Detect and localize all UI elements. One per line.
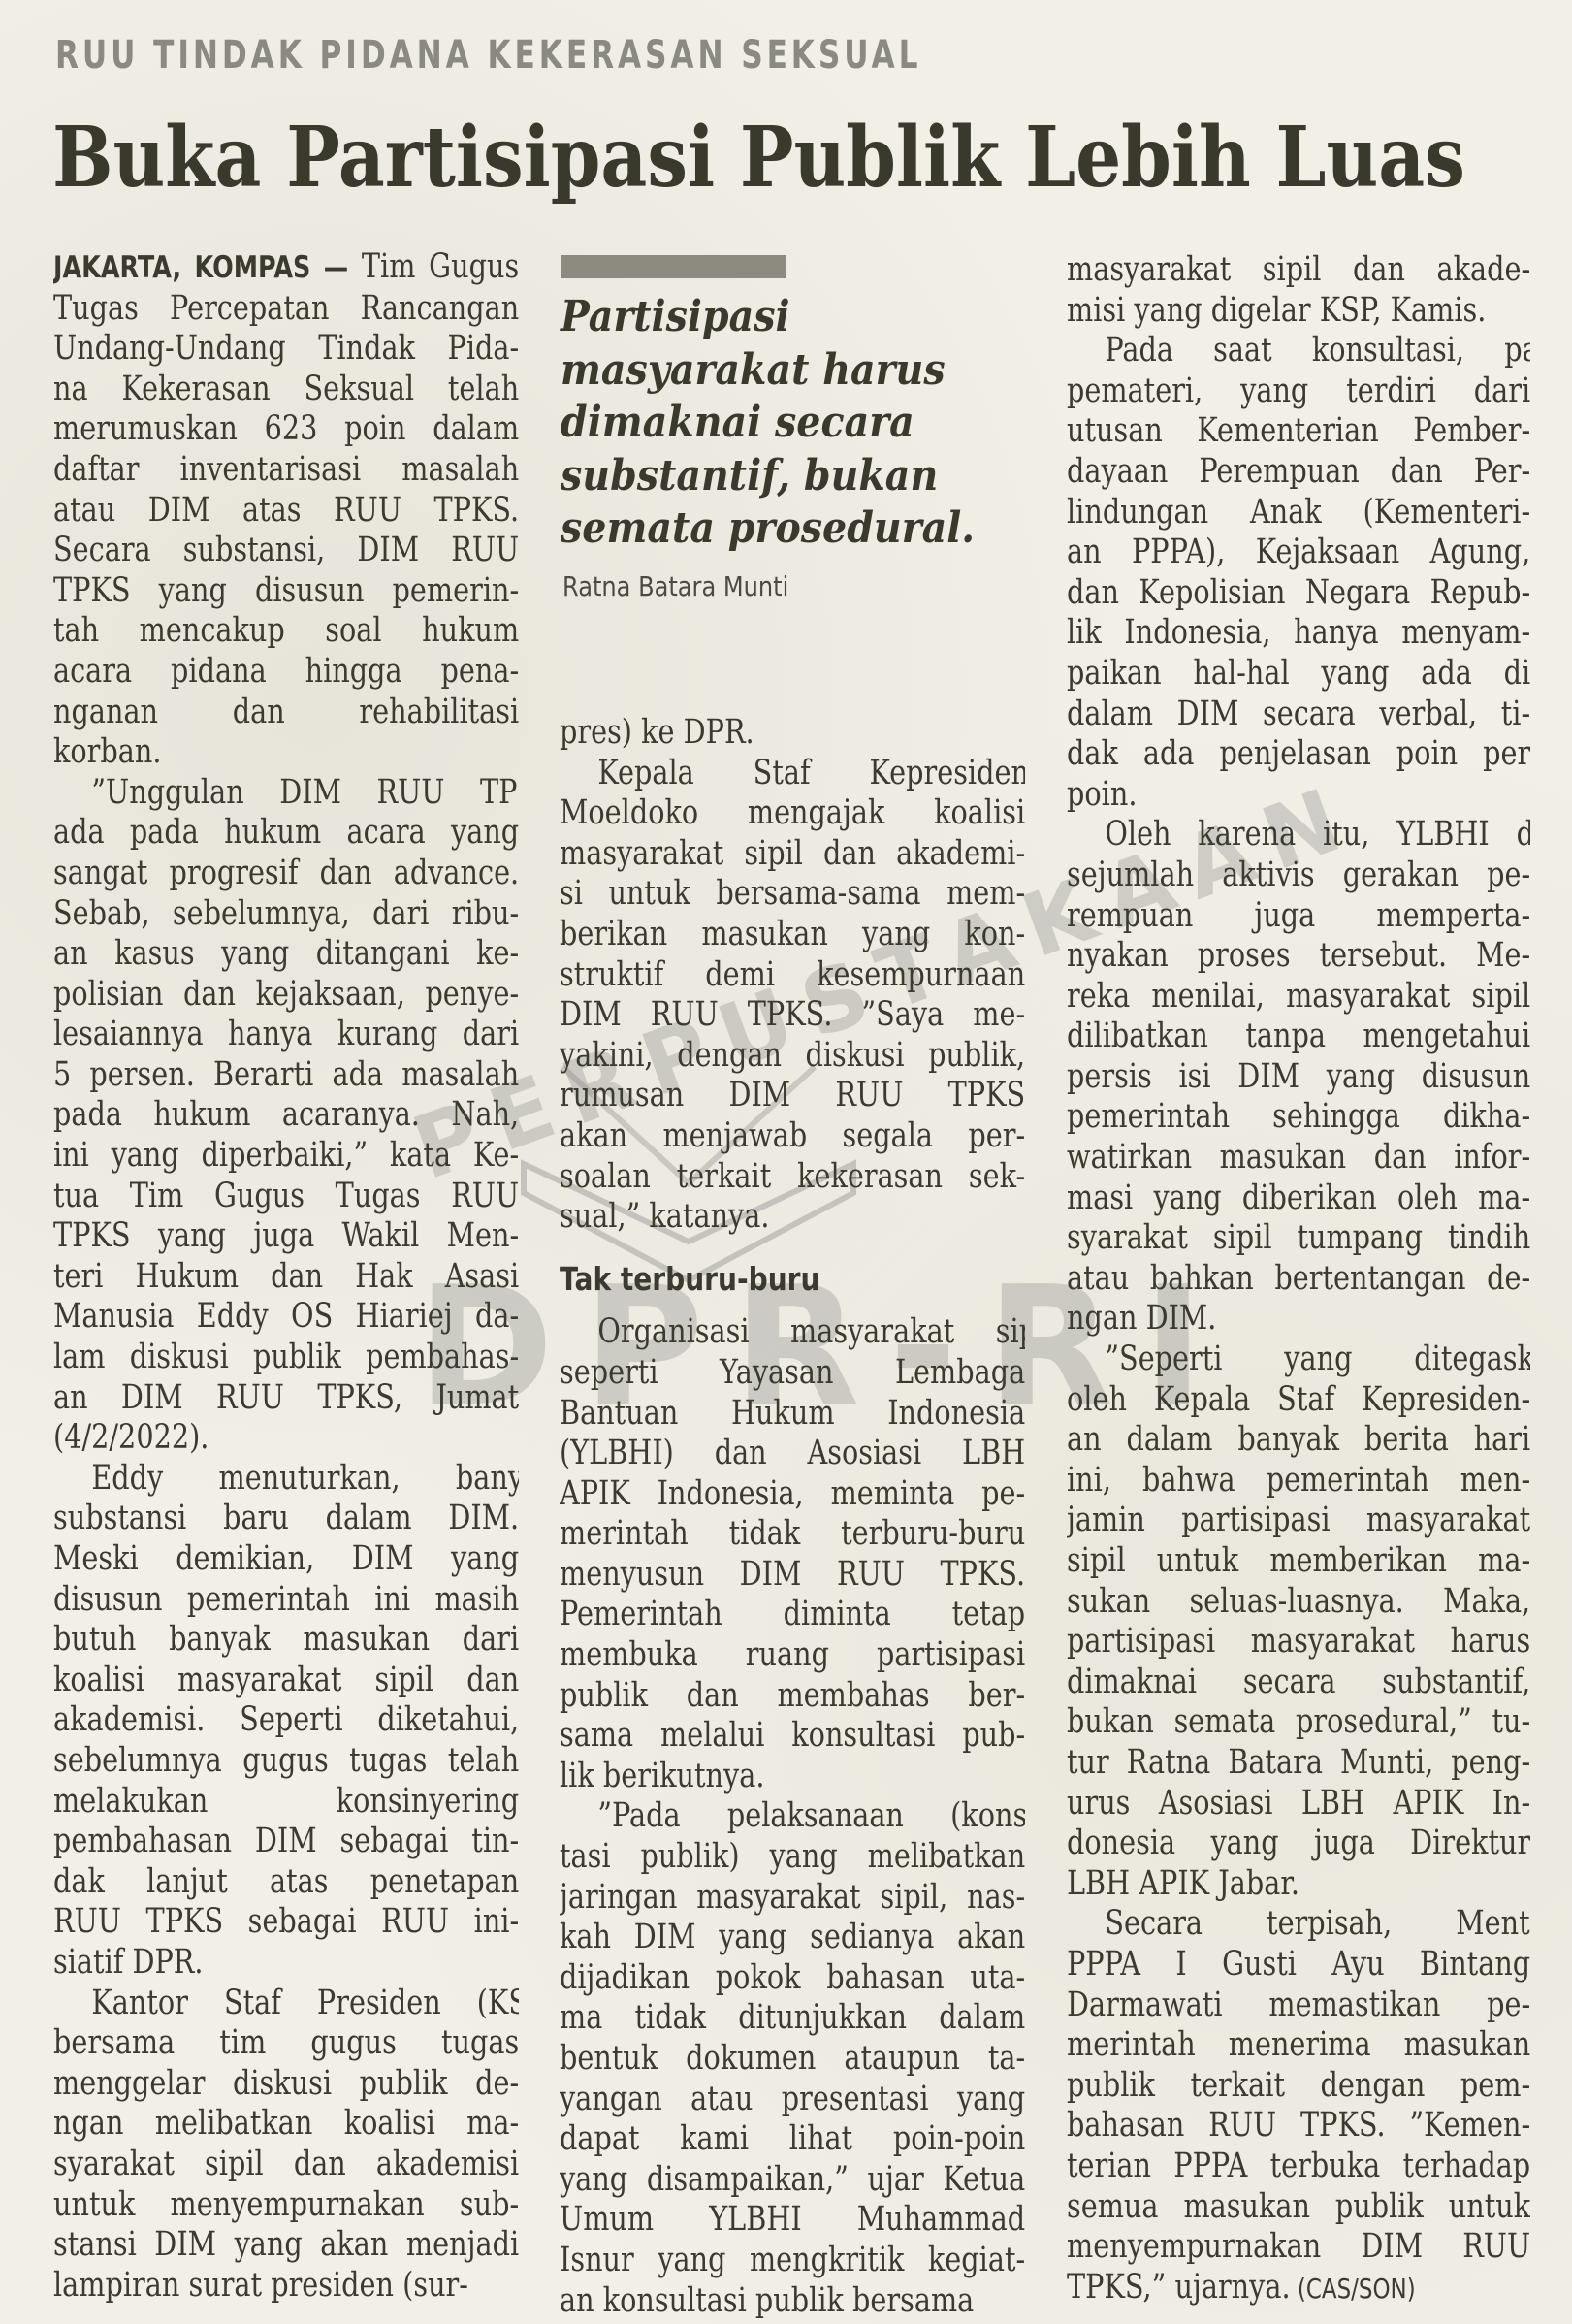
text-line: dalam DIM secara verbal, ti- [1067,694,1530,735]
pull-quote-bar [561,255,786,278]
text-line: an DIM RUU TPKS, Jumat [53,1378,519,1419]
text-line: JAKARTA, KOMPAS — Tim Gugus [53,247,519,289]
text-line: syarakat sipil dan akademisi [53,2145,519,2185]
text-line: disusun pemerintah ini masih [53,1580,519,1621]
text-line: masyarakat sipil dan akademi- [560,834,1025,875]
text-line: tua Tim Gugus Tugas RUU [53,1177,519,1217]
text-line: Eddy menuturkan, banyak [53,1459,519,1500]
article-paragraph: pres) ke DPR. [560,713,1025,754]
text-line: ini yang diperbaiki,” kata Ke- [53,1136,519,1177]
text-line: Secara terpisah, Menteri [1067,1904,1530,1945]
text-line: sama melalui konsultasi pub- [560,1716,1025,1757]
text-line: acara pidana hingga pena- [53,652,519,693]
text-line: watirkan masukan dan infor- [1067,1138,1530,1178]
text-line: pada hukum acaranya. Nah, [53,1095,519,1136]
text-line: an kasus yang ditangani ke- [53,934,519,975]
text-line: sejumlah aktivis gerakan pe- [1067,855,1530,896]
text-line: kah DIM yang sedianya akan [560,1918,1025,1958]
text-line: Secara substansi, DIM RUU [53,531,519,571]
text-line: dan Kepolisian Negara Repub- [1067,573,1530,614]
text-line: dayaan Perempuan dan Per- [1067,452,1530,493]
text-line: an dalam banyak berita hari [1067,1420,1530,1461]
pull-quote: Partisipasi masyarakat harus dimaknai se… [561,291,1026,556]
text-line: yangan atau presentasi yang [560,2080,1025,2120]
text-line: membuka ruang partisipasi [560,1635,1025,1676]
text-line: siatif DPR. [53,1943,519,1984]
pull-quote-line: semata prosedural. [561,502,979,556]
text-line: sual,” katanya. [560,1197,1025,1238]
text-line: masi yang diberikan oleh ma- [1067,1178,1530,1219]
text-line: reka menilai, masyarakat sipil [1067,977,1530,1017]
text-line: dijadikan pokok bahasan uta- [560,1958,1025,1999]
text-line: pemerintah sehingga dikha- [1067,1097,1530,1138]
text-line: Bantuan Hukum Indonesia [560,1394,1025,1435]
text-line: akademisi. Seperti diketahui, [53,1700,519,1741]
text-line: merumuskan 623 poin dalam [53,409,519,450]
pull-quote-attribution: Ratna Batara Munti [562,570,788,602]
text-line: 5 persen. Berarti ada masalah [53,1055,519,1096]
text-line: dilibatkan tanpa mengetahui [1067,1017,1530,1057]
text-line: ”Unggulan DIM RUU TPKS [53,773,519,814]
article-paragraph: Kantor Staf Presiden (KSP)bersama tim gu… [53,1984,519,2307]
text-line: struktif demi kesempurnaan [560,955,1025,996]
text-line: LBH APIK Jabar. [1067,1864,1530,1905]
text-line: lik Indonesia, hanya menyam- [1067,613,1530,654]
text-line: lampiran surat presiden (sur- [53,2266,519,2307]
text-line: menyusun DIM RUU TPKS. [560,1555,1025,1596]
text-line: sebelumnya gugus tugas telah [53,1741,519,1782]
text-line: ”Pada pelaksanaan (konsul- [560,1796,1025,1837]
text-line: publik dan membahas ber- [560,1676,1025,1717]
text-line: pres) ke DPR. [560,713,1025,754]
text-line: syarakat sipil tumpang tindih [1067,1218,1530,1259]
text-line: APIK Indonesia, meminta pe- [560,1474,1025,1515]
article-paragraph: Organisasi masyarakat sipil,seperti Yaya… [560,1312,1025,1796]
pull-quote-line: masyarakat harus [561,344,979,398]
text-line: yakini, dengan diskusi publik, [560,1036,1025,1077]
text-line: Moeldoko mengajak koalisi [560,793,1025,834]
text-line: partisipasi masyarakat harus [1067,1622,1530,1662]
text-line: lesaiannya hanya kurang dari [53,1015,519,1055]
text-line: stansi DIM yang akan menjadi [53,2225,519,2266]
article-paragraph: Pada saat konsultasi, parapemateri, yang… [1067,331,1530,815]
text-line: nyakan proses tersebut. Me- [1067,936,1530,977]
text-line: paikan hal-hal yang ada di [1067,654,1530,694]
text-line: Oleh karena itu, YLBHI dan [1067,815,1530,855]
article-paragraph: ”Seperti yang ditegaskanoleh Kepala Staf… [1067,1340,1530,1904]
text-line: na Kekerasan Seksual telah [53,370,519,410]
text-line: sipil untuk memberikan ma- [1067,1541,1530,1582]
text-line: bersama tim gugus tugas [53,2023,519,2064]
text-line: ada pada hukum acara yang [53,813,519,854]
text-line: pemateri, yang terdiri dari [1067,371,1530,412]
article-paragraph: ”Unggulan DIM RUU TPKSada pada hukum aca… [53,773,519,1459]
text-line: ”Seperti yang ditegaskan [1067,1340,1530,1380]
text-line: teri Hukum dan Hak Asasi [53,1257,519,1298]
text-line: Tugas Percepatan Rancangan [53,289,519,330]
text-line: akan menjawab segala per- [560,1116,1025,1157]
text-line: daftar inventarisasi masalah [53,450,519,491]
text-line: korban. [53,732,519,773]
text-line: masyarakat sipil dan akade- [1067,250,1530,291]
text-line: donesia yang juga Direktur [1067,1824,1530,1864]
text-line: untuk menyempurnakan sub- [53,2185,519,2226]
text-line: polisian dan kejaksaan, penye- [53,975,519,1016]
text-line: atau DIM atas RUU TPKS. [53,491,519,532]
article-headline: Buka Partisipasi Publik Lebih Luas [52,105,1465,211]
text-line: menyempurnakan DIM RUU [1067,2227,1530,2268]
text-line: si untuk bersama-sama mem- [560,874,1025,915]
text-line: (4/2/2022). [53,1418,519,1459]
text-line: oleh Kepala Staf Kepresiden- [1067,1380,1530,1421]
text-line: merintah menerima masukan [1067,2025,1530,2066]
text-line: Kantor Staf Presiden (KSP) [53,1984,519,2024]
text-line: ngan melibatkan koalisi ma- [53,2104,519,2145]
text-line: seperti Yayasan Lembaga [560,1353,1025,1394]
text-line: bukan semata prosedural,” tu- [1067,1702,1530,1743]
dateline: JAKARTA, KOMPAS — [53,250,348,285]
text-line: pembahasan DIM sebagai tin- [53,1822,519,1862]
text-line: menggelar diskusi publik de- [53,2064,519,2105]
text-line: an konsultasi publik bersama [560,2281,1025,2322]
text-line: merintah tidak terburu-buru [560,1514,1025,1555]
text-line: dak lanjut atas penetapan [53,1862,519,1903]
text-line: dak ada penjelasan poin per [1067,734,1530,775]
text-line: Pemerintah diminta tetap [560,1595,1025,1635]
text-line: Pada saat konsultasi, para [1067,331,1530,371]
article-paragraph: Oleh karena itu, YLBHI dansejumlah aktiv… [1067,815,1530,1340]
article-column-2: pres) ke DPR.Kepala Staf KepresidenanMoe… [560,713,1025,2321]
text-line: Organisasi masyarakat sipil, [560,1312,1025,1353]
text-line: terian PPPA terbuka terhadap [1067,2146,1530,2187]
article-paragraph: JAKARTA, KOMPAS — Tim GugusTugas Percepa… [53,247,519,773]
text-line: TPKS,” ujarnya. (CAS/SON) [1067,2268,1530,2309]
article-paragraph: Eddy menuturkan, banyaksubstansi baru da… [53,1459,519,1984]
text-line: Kepala Staf Kepresidenan [560,754,1025,794]
text-line: TPKS yang disusun pemerin- [53,571,519,612]
text-line: melakukan konsinyering [53,1782,519,1823]
text-line: lik berikutnya. [560,1757,1025,1797]
text-line: jamin partisipasi masyarakat [1067,1501,1530,1541]
text-line: substansi baru dalam DIM. [53,1499,519,1539]
text-line: bahasan RUU TPKS. ”Kemen- [1067,2106,1530,2146]
text-line: PPPA I Gusti Ayu Bintang [1067,1945,1530,1985]
text-line: an PPPA), Kejaksaan Agung, [1067,533,1530,573]
text-line: sangat progresif dan advance. [53,854,519,894]
text-line: butuh banyak masukan dari [53,1620,519,1661]
text-line: Meski demikian, DIM yang [53,1539,519,1580]
text-line: tah mencakup soal hukum [53,611,519,652]
text-line: sukan seluas-luasnya. Maka, [1067,1582,1530,1623]
text-line: berikan masukan yang kon- [560,915,1025,955]
text-line: (YLBHI) dan Asosiasi LBH [560,1434,1025,1474]
text-line: semua masukan publik untuk [1067,2187,1530,2228]
text-line: rempuan juga memperta- [1067,896,1530,937]
pull-quote-line: Partisipasi [561,291,979,344]
text-line: nganan dan rehabilitasi [53,693,519,733]
pull-quote-line: substantif, bukan [561,450,979,503]
text-line: yang disampaikan,” ujar Ketua [560,2160,1025,2201]
article-column-3: masyarakat sipil dan akade-misi yang dig… [1067,250,1530,2308]
author-credit: (CAS/SON) [1291,2273,1416,2305]
article-kicker: RUU TINDAK PIDANA KEKERASAN SEKSUAL [55,33,921,78]
text-line: poin. [1067,775,1530,816]
text-line: Isnur yang mengkritik kegiat- [560,2241,1025,2281]
text-line: publik terkait dengan pem- [1067,2066,1530,2107]
article-paragraph: Kepala Staf KepresidenanMoeldoko mengaja… [560,754,1025,1238]
text-line: dapat kami lihat poin-poin [560,2119,1025,2160]
text-line: urus Asosiasi LBH APIK In- [1067,1784,1530,1824]
text-line: koalisi masyarakat sipil dan [53,1661,519,1701]
article-paragraph: Secara terpisah, MenteriPPPA I Gusti Ayu… [1067,1904,1530,2308]
text-line: tur Ratna Batara Munti, peng- [1067,1743,1530,1784]
text-line: rumusan DIM RUU TPKS [560,1076,1025,1116]
text-line: Darmawati memastikan pe- [1067,1985,1530,2026]
text-line: lindungan Anak (Kementeri- [1067,493,1530,533]
section-subheading: Tak terburu-buru [560,1259,955,1300]
text-line: atau bahkan bertentangan de- [1067,1259,1530,1300]
pull-quote-line: dimaknai secara [561,397,979,450]
text-line: persis isi DIM yang disusun [1067,1057,1530,1098]
text-line: Umum YLBHI Muhammad [560,2200,1025,2241]
article-paragraph: masyarakat sipil dan akade-misi yang dig… [1067,250,1530,331]
text-line: tasi publik) yang melibatkan [560,1837,1025,1878]
text-line: Sebab, sebelumnya, dari ribu- [53,894,519,935]
article-column-1: JAKARTA, KOMPAS — Tim GugusTugas Percepa… [53,247,519,2306]
text-line: ini, bahwa pemerintah men- [1067,1461,1530,1501]
text-line: ngan DIM. [1067,1299,1530,1340]
text-line: misi yang digelar KSP, Kamis. [1067,291,1530,332]
text-line: DIM RUU TPKS. ”Saya me- [560,995,1025,1036]
text-line: ma tidak ditunjukkan dalam [560,1998,1025,2039]
text-line: TPKS yang juga Wakil Men- [53,1216,519,1257]
article-paragraph: ”Pada pelaksanaan (konsul-tasi publik) y… [560,1796,1025,2321]
text-line: bentuk dokumen ataupun ta- [560,2039,1025,2080]
text-line: lam diskusi publik pembahas- [53,1338,519,1378]
text-line: utusan Kementerian Pember- [1067,411,1530,452]
text-line: RUU TPKS sebagai RUU ini- [53,1902,519,1943]
text-line: soalan terkait kekerasan sek- [560,1157,1025,1198]
text-line: dimaknai secara substantif, [1067,1662,1530,1703]
text-line: jaringan masyarakat sipil, nas- [560,1878,1025,1919]
text-line: Manusia Eddy OS Hiariej da- [53,1297,519,1338]
text-line: Undang-Undang Tindak Pida- [53,329,519,370]
